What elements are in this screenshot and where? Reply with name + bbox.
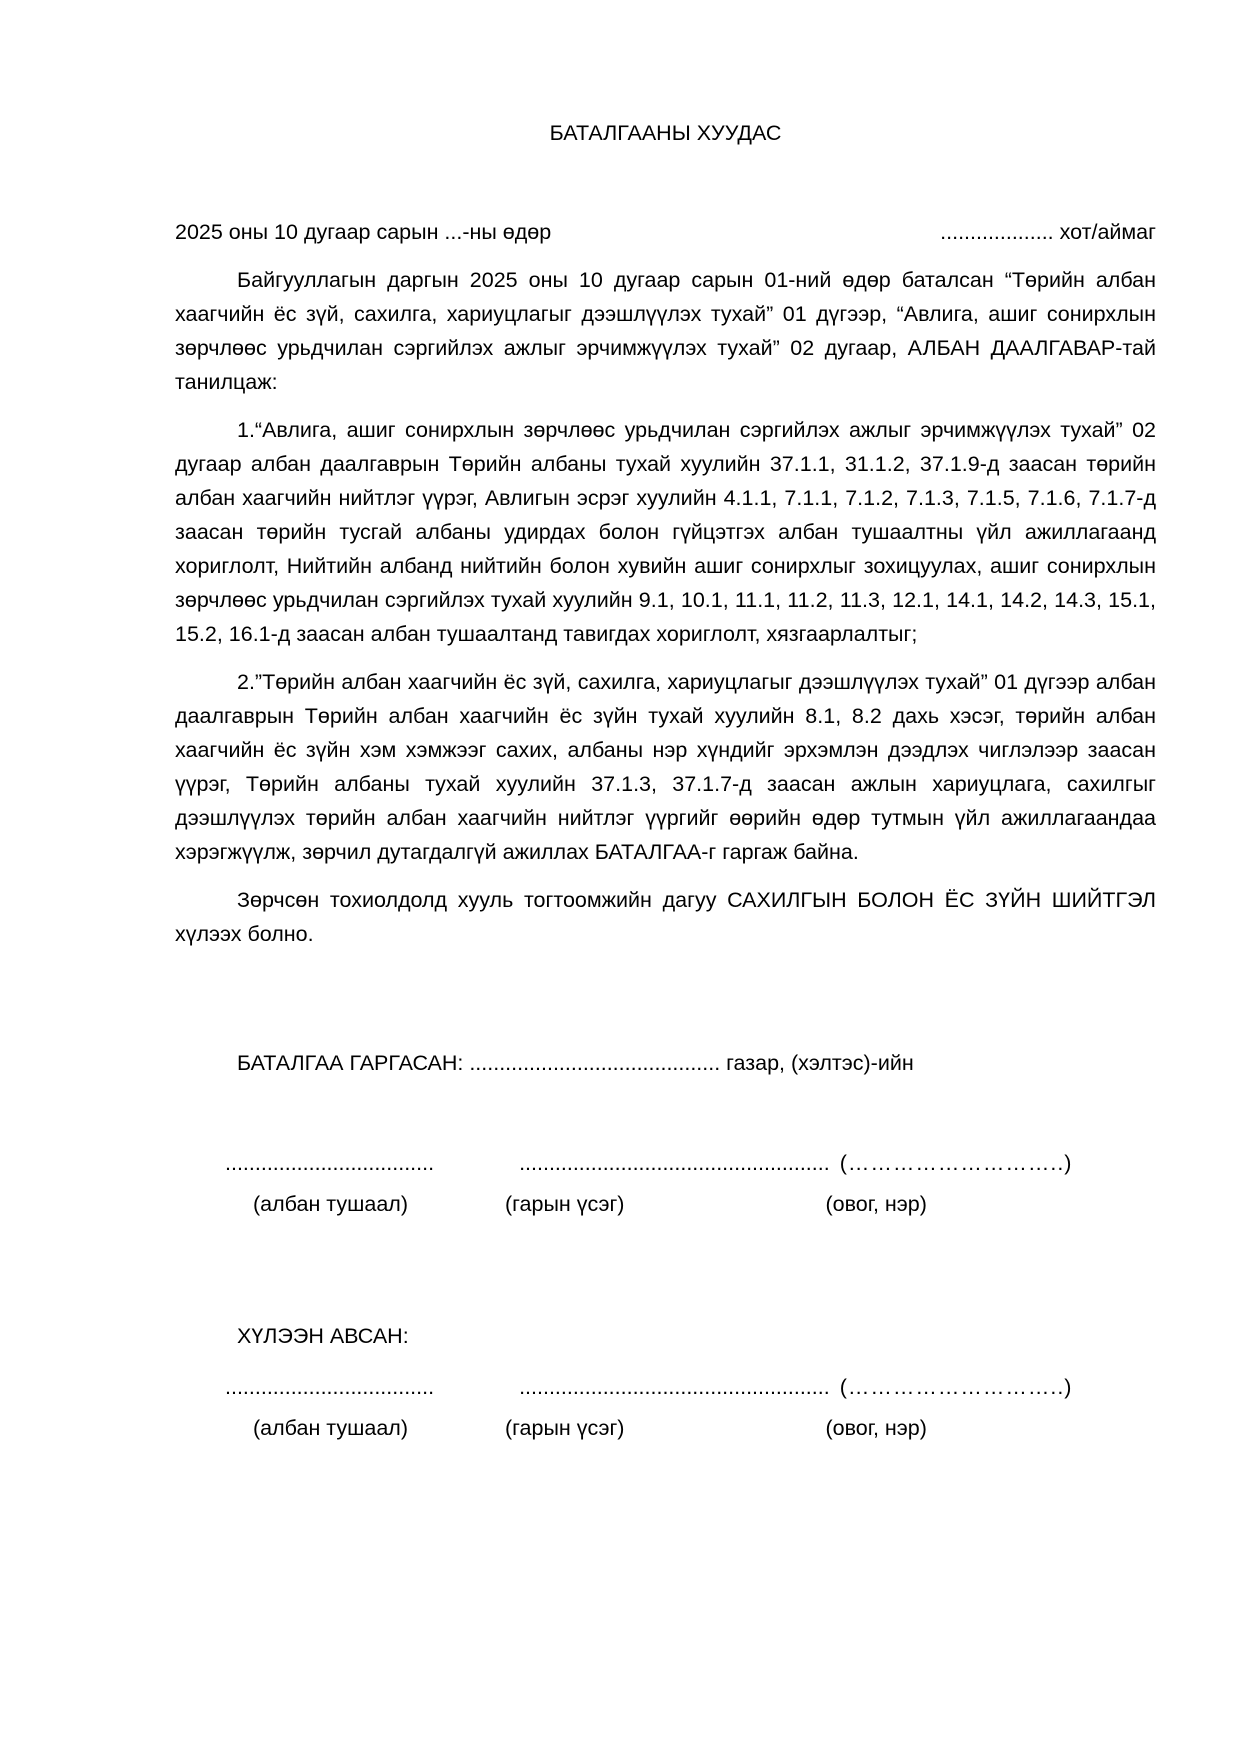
issued-signature-blank: ........................................…	[519, 1146, 830, 1180]
paragraph-item-2: 2.”Төрийн албан хаагчийн ёс зүй, сахилга…	[175, 665, 1156, 869]
issued-by-heading: БАТАЛГАА ГАРГАСАН: .....................…	[237, 1046, 1156, 1080]
date-line-date: 2025 оны 10 дугаар сарын ...-ны өдөр	[175, 215, 551, 249]
date-line: 2025 оны 10 дугаар сарын ...-ны өдөр ...…	[175, 215, 1156, 249]
issued-signature-row: ................................... ....…	[175, 1146, 1156, 1180]
received-signature-labels: (албан тушаал) (гарын үсэг) (овог, нэр)	[175, 1411, 1156, 1445]
received-name-label: (овог, нэр)	[825, 1411, 926, 1445]
received-name-blank: (………………………..)	[840, 1370, 1073, 1404]
issued-name-blank: (………………………..)	[840, 1146, 1073, 1180]
document-page: БАТАЛГААНЫ ХУУДАС 2025 оны 10 дугаар сар…	[0, 0, 1241, 1755]
issued-position-label: (албан тушаал)	[253, 1187, 408, 1221]
received-signature-label: (гарын үсэг)	[505, 1411, 624, 1445]
issued-name-label: (овог, нэр)	[825, 1187, 926, 1221]
paragraph-intro: Байгууллагын даргын 2025 оны 10 дугаар с…	[175, 263, 1156, 399]
issued-signature-label: (гарын үсэг)	[505, 1187, 624, 1221]
paragraph-penalty-note: Зөрчсөн тохиолдолд хууль тогтоомжийн даг…	[175, 883, 1156, 951]
issued-signature-labels: (албан тушаал) (гарын үсэг) (овог, нэр)	[175, 1187, 1156, 1221]
received-position-label: (албан тушаал)	[253, 1411, 408, 1445]
date-line-city-blank: ................... хот/аймаг	[940, 215, 1156, 249]
document-title: БАТАЛГААНЫ ХУУДАС	[175, 118, 1156, 148]
issued-position-blank: ...................................	[225, 1146, 434, 1180]
received-signature-row: ................................... ....…	[175, 1370, 1156, 1404]
received-signature-blank: ........................................…	[519, 1370, 830, 1404]
paragraph-item-1: 1.“Авлига, ашиг сонирхлын зөрчлөөс урьдч…	[175, 413, 1156, 651]
received-position-blank: ...................................	[225, 1370, 434, 1404]
received-by-heading: ХҮЛЭЭН АВСАН:	[237, 1319, 1156, 1353]
